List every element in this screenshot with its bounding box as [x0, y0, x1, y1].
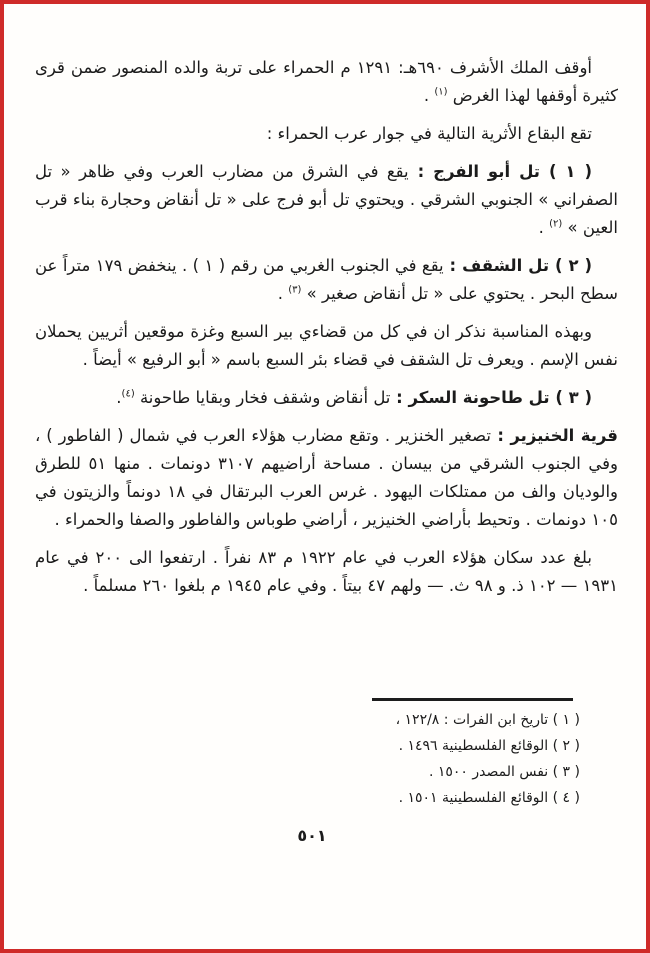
paragraph-waqf: أوقف الملك الأشرف ٦٩٠هـ: ١٢٩١ م الحمراء …	[35, 54, 618, 110]
paragraph-tail: .	[424, 86, 435, 105]
footnotes-section: ( ١ ) تاريخ ابن الفرات : ١٢٢/٨ ، ( ٢ ) ا…	[44, 707, 580, 811]
entry-heading: ( ٢ ) تل الشقف :	[444, 256, 592, 275]
paragraph-sites-intro: تقع البقاع الأثرية التالية في جوار عرب ا…	[35, 120, 618, 148]
scanned-book-page: أوقف الملك الأشرف ٦٩٠هـ: ١٢٩١ م الحمراء …	[0, 0, 650, 953]
footnote-ref-2: (٢)	[549, 219, 562, 230]
paragraph-text: بلغ عدد سكان هؤلاء العرب في عام ١٩٢٢ م ٨…	[35, 548, 618, 595]
footnote-4: ( ٤ ) الوقائع الفلسطينية ١٥٠١ .	[44, 785, 580, 811]
paragraph-tail: .	[278, 284, 289, 303]
paragraph-tail: .	[539, 218, 550, 237]
paragraph-qaryat-khunayzir: قرية الخنيزير : تصغير الخنزير . وتقع مضا…	[35, 422, 618, 534]
footnote-1: ( ١ ) تاريخ ابن الفرات : ١٢٢/٨ ،	[44, 707, 580, 733]
paragraph-text: تقع البقاع الأثرية التالية في جوار عرب ا…	[267, 124, 592, 143]
paragraph-population: بلغ عدد سكان هؤلاء العرب في عام ١٩٢٢ م ٨…	[35, 544, 618, 600]
footnote-2: ( ٢ ) الوقائع الفلسطينية ١٤٩٦ .	[44, 733, 580, 759]
paragraph-text: أوقف الملك الأشرف ٦٩٠هـ: ١٢٩١ م الحمراء …	[35, 58, 618, 105]
entry-heading: قرية الخنيزير :	[491, 426, 618, 445]
paragraph-tell-shaqaf: ( ٢ ) تل الشقف : يقع في الجنوب الغربي من…	[35, 252, 618, 308]
page-number: ٥٠١	[4, 826, 620, 845]
paragraph-tell-tahunat-sukkar: ( ٣ ) تل طاحونة السكر : تل أنقاض وشقف فخ…	[35, 384, 618, 412]
paragraph-note-same-name: وبهذه المناسبة نذكر ان في كل من قضاءي بي…	[35, 318, 618, 374]
footnote-ref-4: (٤)	[122, 389, 135, 400]
footnote-separator-rule	[372, 698, 573, 701]
entry-heading: ( ١ ) تل أبو الفرج :	[409, 162, 592, 181]
footnote-3: ( ٣ ) نفس المصدر ١٥٠٠ .	[44, 759, 580, 785]
footnote-ref-1: (١)	[434, 87, 447, 98]
main-text-block: أوقف الملك الأشرف ٦٩٠هـ: ١٢٩١ م الحمراء …	[35, 54, 618, 610]
paragraph-text: تل أنقاض وشقف فخار وبقايا طاحونة	[135, 388, 391, 407]
paragraph-text: وبهذه المناسبة نذكر ان في كل من قضاءي بي…	[35, 322, 618, 369]
entry-heading: ( ٣ ) تل طاحونة السكر :	[390, 388, 592, 407]
footnote-ref-3: (٣)	[288, 285, 301, 296]
paragraph-tell-abu-faraj: ( ١ ) تل أبو الفرج : يقع في الشرق من مضا…	[35, 158, 618, 242]
